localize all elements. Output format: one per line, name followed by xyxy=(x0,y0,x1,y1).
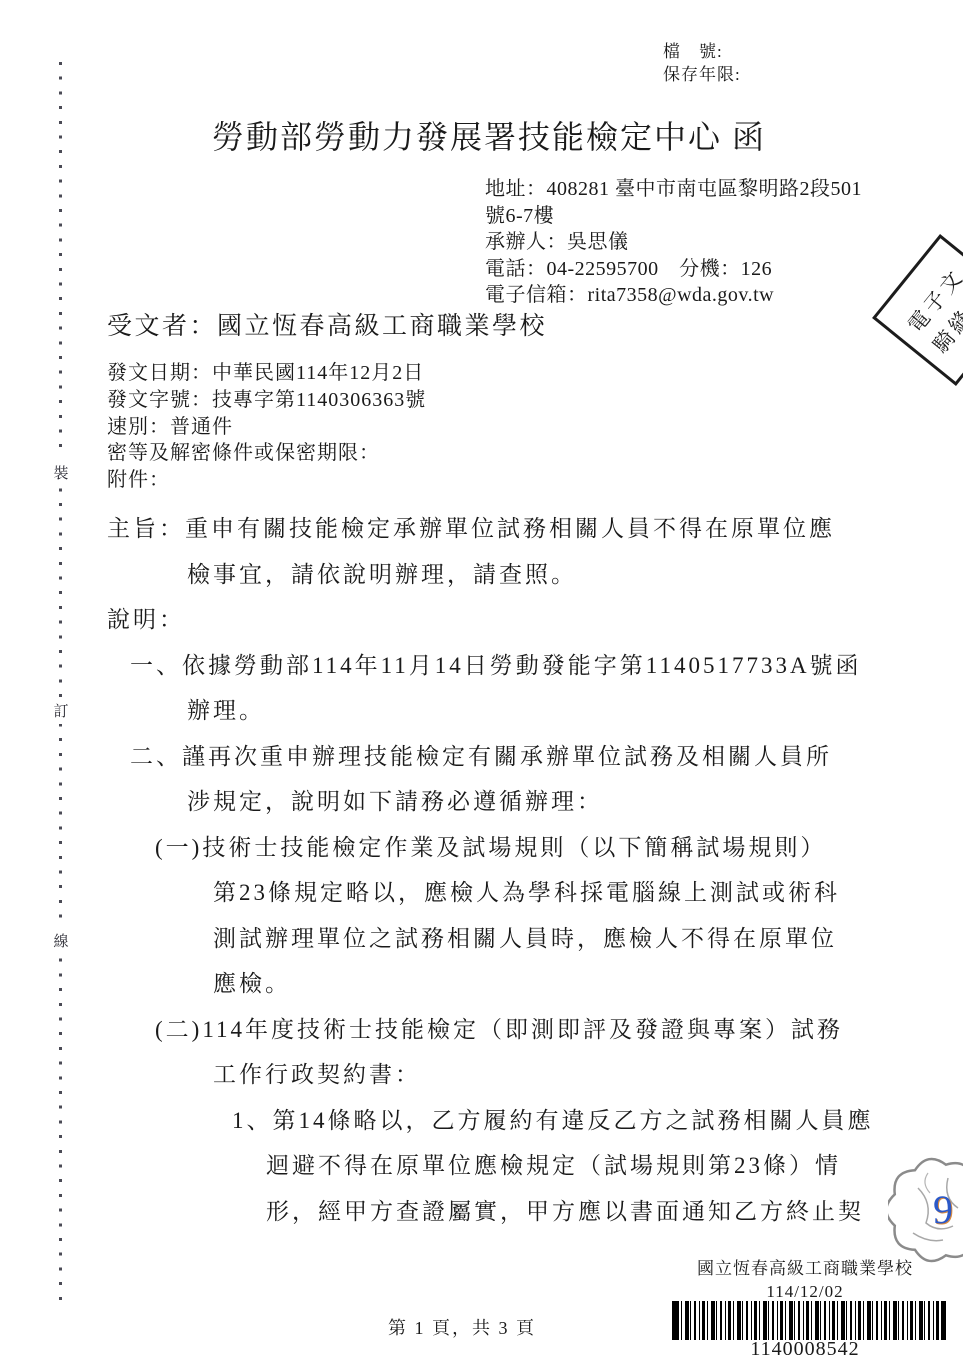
sender-address-line1: 地址：408281 臺中市南屯區黎明路2段501 xyxy=(485,176,862,203)
body-line: 涉規定，說明如下請務必遵循辦理： xyxy=(0,779,963,825)
subject-line: 主旨：重申有關技能檢定承辦單位試務相關人員不得在原單位應 xyxy=(0,506,963,552)
security-class: 密等及解密條件或保密期限： xyxy=(107,440,426,467)
sender-info-block: 地址：408281 臺中市南屯區黎明路2段501 號6-7樓 承辦人：吳思儀 電… xyxy=(485,176,862,309)
sender-phone: 電話：04-22595700 分機：126 xyxy=(485,256,862,283)
issue-date: 發文日期：中華民國114年12月2日 xyxy=(107,360,426,387)
speed-class: 速別：普通件 xyxy=(107,414,426,441)
body-line: 二、謹再次重申辦理技能檢定有關承辦單位試務及相關人員所 xyxy=(0,734,963,780)
recipient-line: 受文者：國立恆春高級工商職業學校 xyxy=(107,306,547,342)
binding-mark-zhuang: 裝 xyxy=(51,459,71,486)
seam-seal-stamp: 電子文 騎縫章 xyxy=(872,234,963,386)
sender-officer: 承辦人：吳思儀 xyxy=(485,229,862,256)
receive-date: 114/12/02 xyxy=(660,1280,950,1303)
body-line: 測試辦理單位之試務相關人員時，應檢人不得在原單位 xyxy=(0,916,963,962)
explanation-heading: 說明： xyxy=(0,597,963,643)
body-line: 1、第14條略以，乙方履約有違反乙方之試務相關人員應 xyxy=(0,1098,963,1144)
file-number-label: 檔 號: xyxy=(663,40,741,63)
body-line: 應檢。 xyxy=(0,961,963,1007)
subject-line: 檢事宜，請依說明辦理，請查照。 xyxy=(0,552,963,598)
official-letter-page: 裝 訂 線 檔 號: 保存年限: 勞動部勞動力發展署技能檢定中心 函 地址：40… xyxy=(0,0,963,1372)
attachment-label: 附件： xyxy=(107,467,426,494)
body-line: 一、依據勞動部114年11月14日勞動發能字第1140517733A號函 xyxy=(0,643,963,689)
body-line: (一)技術士技能檢定作業及試場規則（以下簡稱試場規則） xyxy=(0,825,963,871)
issue-number: 發文字號：技專字第1140306363號 xyxy=(107,387,426,414)
document-title: 勞動部勞動力發展署技能檢定中心 函 xyxy=(212,112,766,158)
seal-page-number: 9 xyxy=(933,1187,953,1232)
receiver-name: 國立恆春高級工商職業學校 xyxy=(660,1257,950,1280)
file-number-box: 檔 號: 保存年限: xyxy=(663,40,741,86)
sender-email: 電子信箱：rita7358@wda.gov.tw xyxy=(485,282,862,309)
receiver-stamp-block: 國立恆春高級工商職業學校 114/12/02 xyxy=(660,1257,950,1303)
barcode xyxy=(672,1301,946,1340)
barcode-number: 1140008542 xyxy=(672,1338,938,1361)
page-number-info: 第 1 頁，共 3 頁 xyxy=(388,1314,536,1340)
document-meta-block: 發文日期：中華民國114年12月2日 發文字號：技專字第1140306363號 … xyxy=(107,360,426,494)
body-line: 第23條規定略以，應檢人為學科採電腦線上測試或術科 xyxy=(0,870,963,916)
sender-address-line2: 號6-7樓 xyxy=(485,203,862,230)
retention-period-label: 保存年限: xyxy=(663,63,741,86)
body-line: (二)114年度技術士技能檢定（即測即評及發證與專案）試務 xyxy=(0,1007,963,1053)
body-line: 迴避不得在原單位應檢規定（試場規則第23條）情 xyxy=(0,1143,963,1189)
body-line: 形，經甲方查證屬實，甲方應以書面通知乙方終止契 xyxy=(0,1189,963,1235)
body-line: 辦理。 xyxy=(0,688,963,734)
letter-body: 主旨：重申有關技能檢定承辦單位試務相關人員不得在原單位應 檢事宜，請依說明辦理，… xyxy=(0,506,963,1234)
body-line: 工作行政契約書： xyxy=(0,1052,963,1098)
